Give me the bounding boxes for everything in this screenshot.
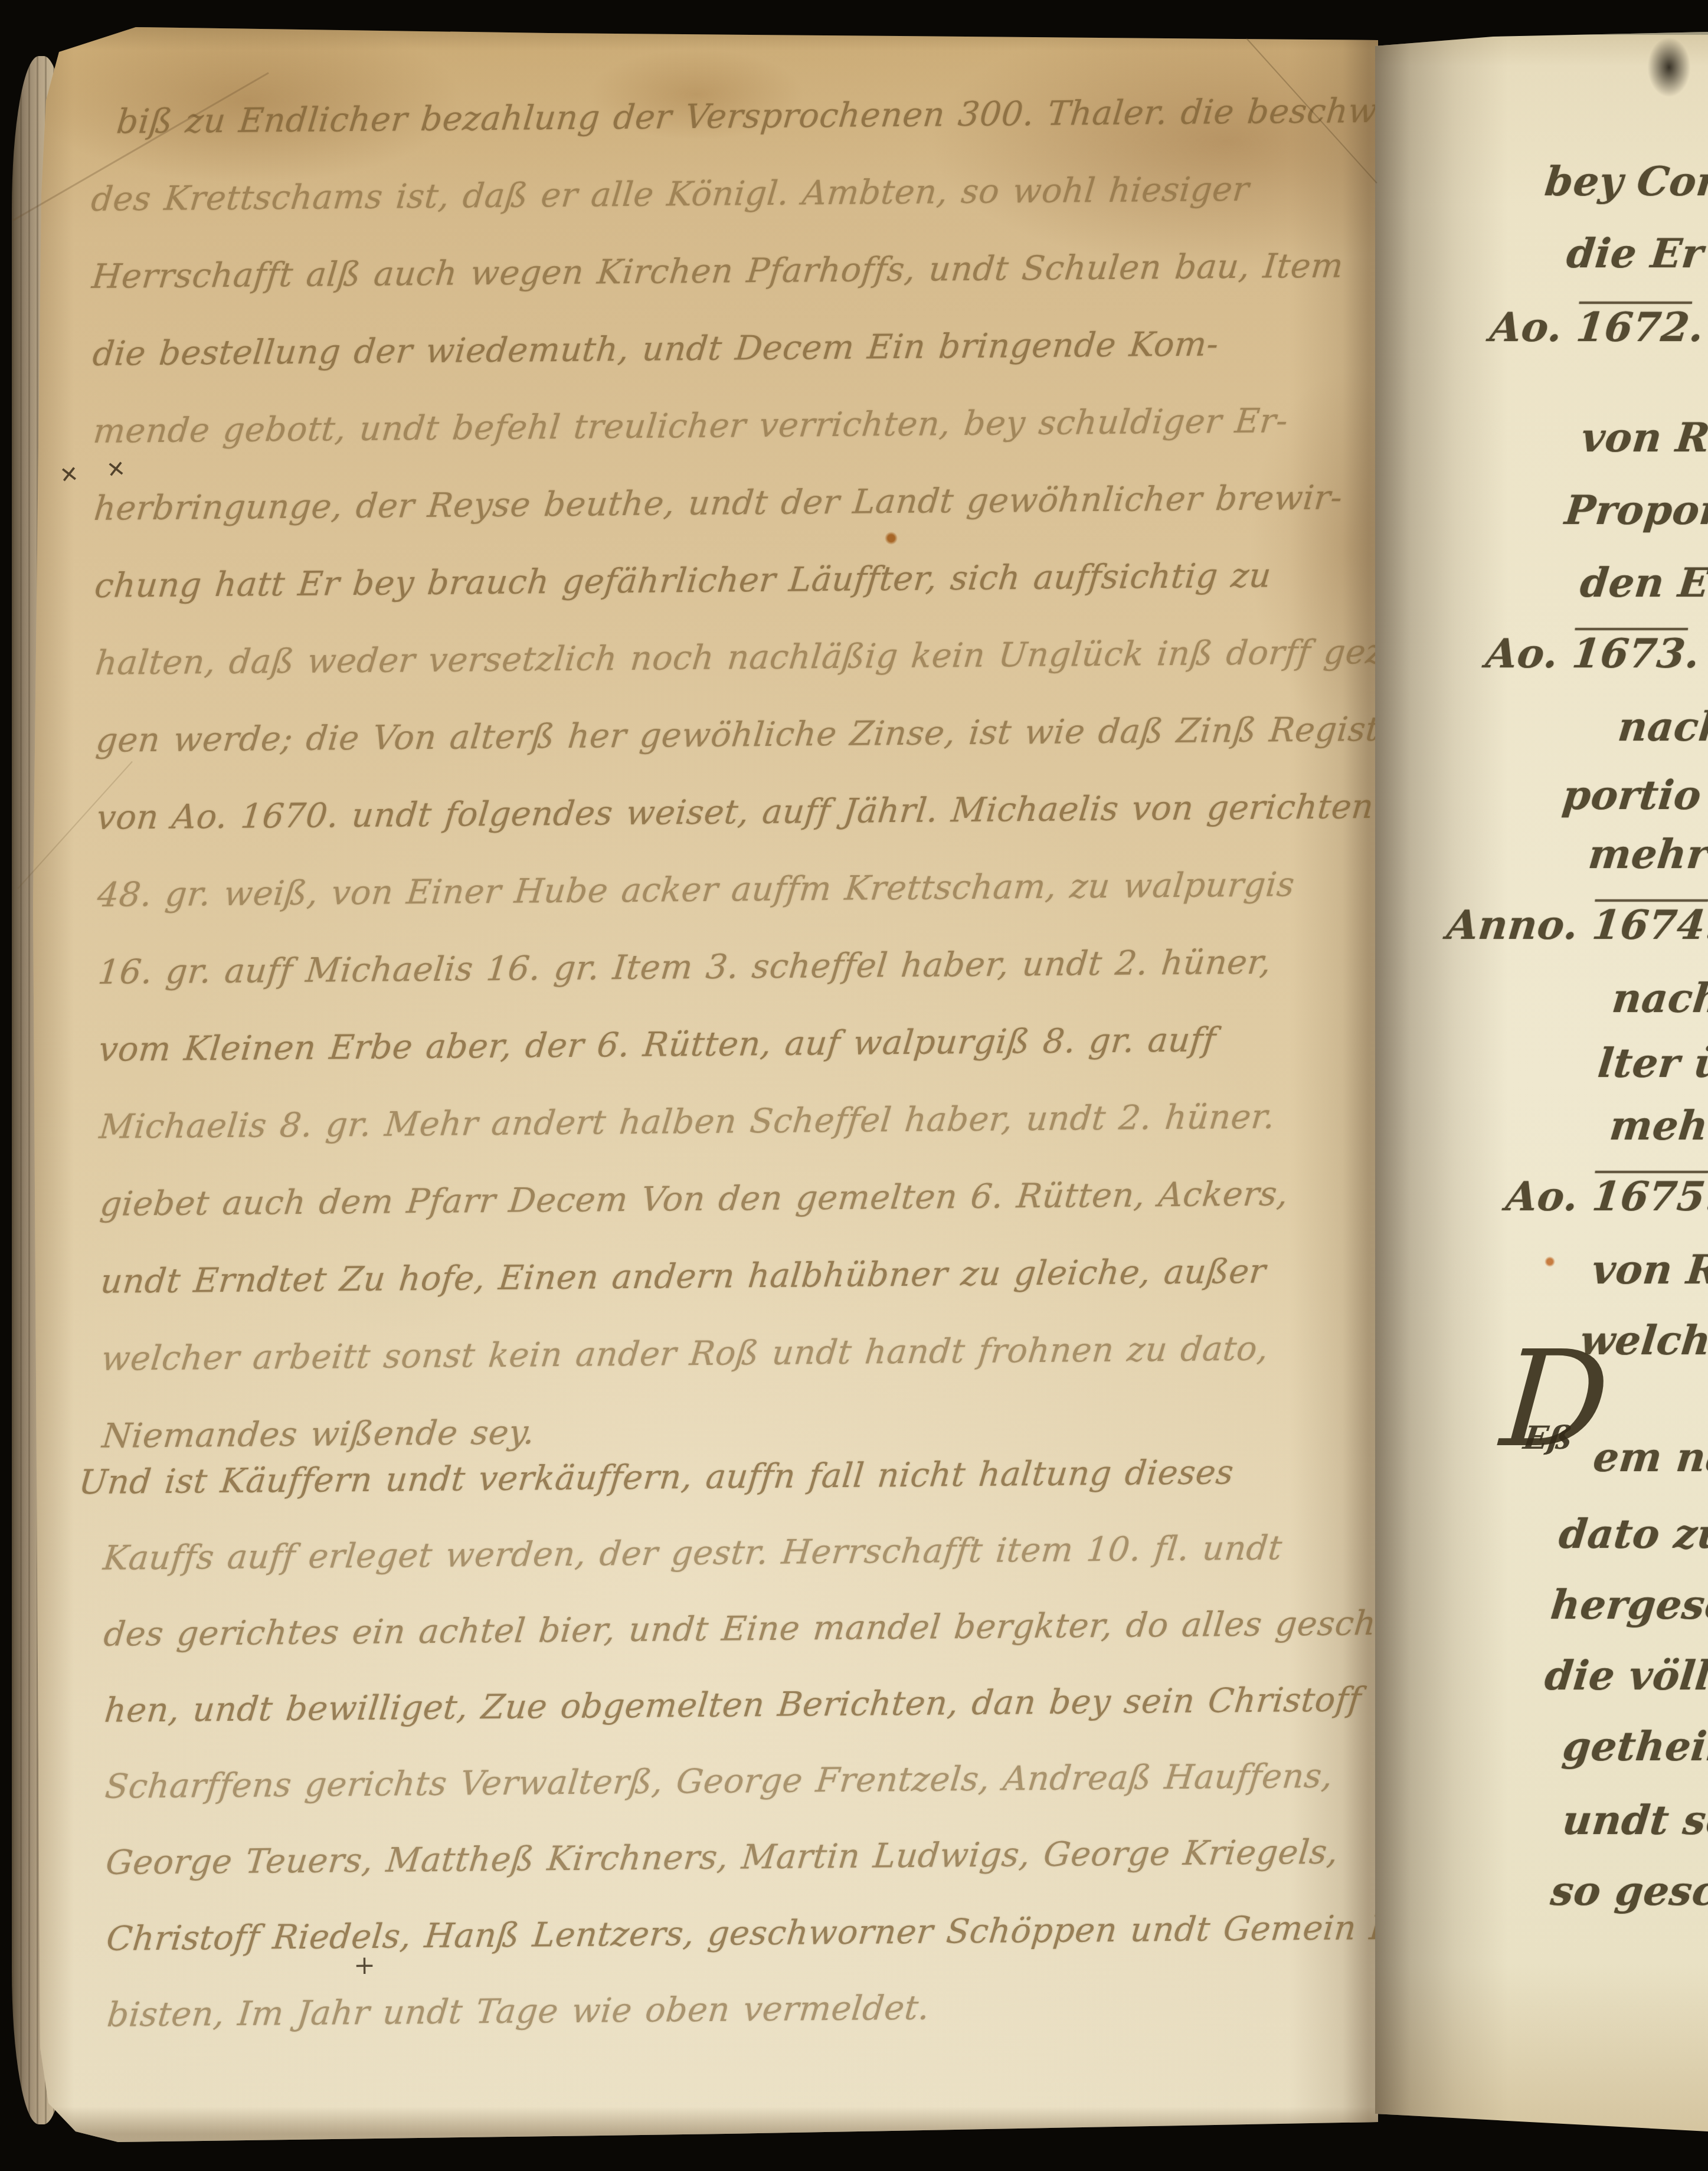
manuscript-line: Anno. 1674. n xyxy=(1445,902,1708,949)
manuscript-line: hergeschrieb xyxy=(1549,1581,1708,1629)
manuscript-line: undt Erndtet Zu hofe, Einen andern halbh… xyxy=(99,1252,1268,1301)
manuscript-line: Scharffens gerichts Verwalterß, George F… xyxy=(103,1757,1334,1806)
manuscript-line: des gerichtes ein achtel bier, undt Eine… xyxy=(102,1604,1410,1654)
manuscript-line: em nach d xyxy=(1591,1434,1708,1481)
manuscript-line: biß zu Endlicher bezahlung der Versproch… xyxy=(115,91,1416,141)
manuscript-line: die bestellung der wiedemuth, undt Decem… xyxy=(91,325,1221,374)
margin-mark: ✕ ✕ xyxy=(58,454,138,489)
manuscript-line: die völlige b xyxy=(1543,1652,1708,1700)
right-page: D Eß bey Confidie ErAo. 1672. dvon RauPr… xyxy=(1375,31,1708,2131)
manuscript-line: Und ist Käuffern undt verkäuffern, auffn… xyxy=(77,1453,1235,1502)
manuscript-line: Ao. 1673. der xyxy=(1484,630,1708,677)
manuscript-line: vom Kleinen Erbe aber, der 6. Rütten, au… xyxy=(97,1020,1218,1069)
year-with-overline: 1674 xyxy=(1590,902,1708,949)
manuscript-line: mehrem xyxy=(1608,1102,1708,1150)
manuscript-line: 48. gr. weiß, von Einer Hube acker auffm… xyxy=(96,865,1296,915)
manuscript-line: getheilet, un xyxy=(1560,1723,1708,1770)
manuscript-line: von Rau xyxy=(1590,1246,1708,1294)
left-page: ✕ ✕ + biß zu Endlicher bezahlung der Ver… xyxy=(18,18,1378,2142)
manuscript-scan: { "document": { "kind": "handwritten man… xyxy=(0,0,1708,2171)
manuscript-line: nach sei xyxy=(1616,703,1708,751)
manuscript-line: von Ao. 1670. undt folgendes weiset, auf… xyxy=(95,787,1376,837)
manuscript-line: bey Confi xyxy=(1543,158,1708,205)
manuscript-line: chung hatt Er bey brauch gefährlicher Lä… xyxy=(93,556,1273,605)
manuscript-line: Niemandes wißende sey. xyxy=(100,1413,536,1455)
year-with-overline: 1675 xyxy=(1590,1173,1708,1220)
manuscript-line: Ao. 1672. d xyxy=(1488,304,1708,351)
manuscript-line: von Rau xyxy=(1579,414,1708,461)
manuscript-line: dato zu ge xyxy=(1557,1511,1708,1558)
manuscript-line: bisten, Im Jahr undt Tage wie oben verme… xyxy=(106,1989,931,2035)
manuscript-line: nach, de xyxy=(1610,975,1708,1022)
manuscript-line: des Krettschams ist, daß er alle Königl.… xyxy=(90,170,1251,219)
year-with-overline: 1672 xyxy=(1574,304,1692,351)
manuscript-line: Ao. 1675. D xyxy=(1504,1173,1708,1220)
manuscript-line: Kauffs auff erleget werden, der gestr. H… xyxy=(102,1528,1284,1577)
manuscript-line: George Teuers, Mattheß Kirchners, Martin… xyxy=(104,1833,1340,1882)
manuscript-line: mende gebott, undt befehl treulicher ver… xyxy=(91,401,1290,451)
left-page-text-block: ✕ ✕ + biß zu Endlicher bezahlung der Ver… xyxy=(8,12,1387,2148)
manuscript-line: halten, daß weder versetzlich noch nachl… xyxy=(94,632,1418,683)
manuscript-line: Proportio xyxy=(1563,487,1708,534)
manuscript-line: herbringunge, der Reyse beuthe, undt der… xyxy=(92,478,1344,528)
manuscript-line: welche z xyxy=(1578,1317,1708,1364)
manuscript-line: die Er xyxy=(1565,230,1706,277)
manuscript-line: undt seine xyxy=(1560,1797,1708,1844)
manuscript-line: 16. gr. auff Michaelis 16. gr. Item 3. s… xyxy=(96,942,1273,991)
manuscript-line: mehrers xyxy=(1586,831,1708,878)
manuscript-line: Christoff Riedels, Hanß Lentzers, geschw… xyxy=(104,1908,1419,1958)
year-with-overline: 1673 xyxy=(1570,630,1688,677)
manuscript-line: portio na xyxy=(1560,772,1708,819)
manuscript-line: welcher arbeitt sonst kein ander Roß und… xyxy=(100,1330,1270,1378)
manuscript-line: so geschehe xyxy=(1549,1868,1708,1915)
manuscript-line: gen werde; die Von alterß her gewöhliche… xyxy=(94,709,1418,760)
flourish-inner-text: Eß xyxy=(1522,1419,1575,1456)
manuscript-line: hen, undt bewilliget, Zue obgemelten Ber… xyxy=(103,1680,1363,1730)
manuscript-line: lter ü xyxy=(1596,1040,1708,1087)
manuscript-line: den Erb xyxy=(1578,559,1708,607)
manuscript-line: Herrschafft alß auch wegen Kirchen Pfarh… xyxy=(90,246,1345,296)
manuscript-line: giebet auch dem Pfarr Decem Von den geme… xyxy=(99,1174,1290,1224)
manuscript-line: Michaelis 8. gr. Mehr andert halben Sche… xyxy=(97,1097,1277,1146)
